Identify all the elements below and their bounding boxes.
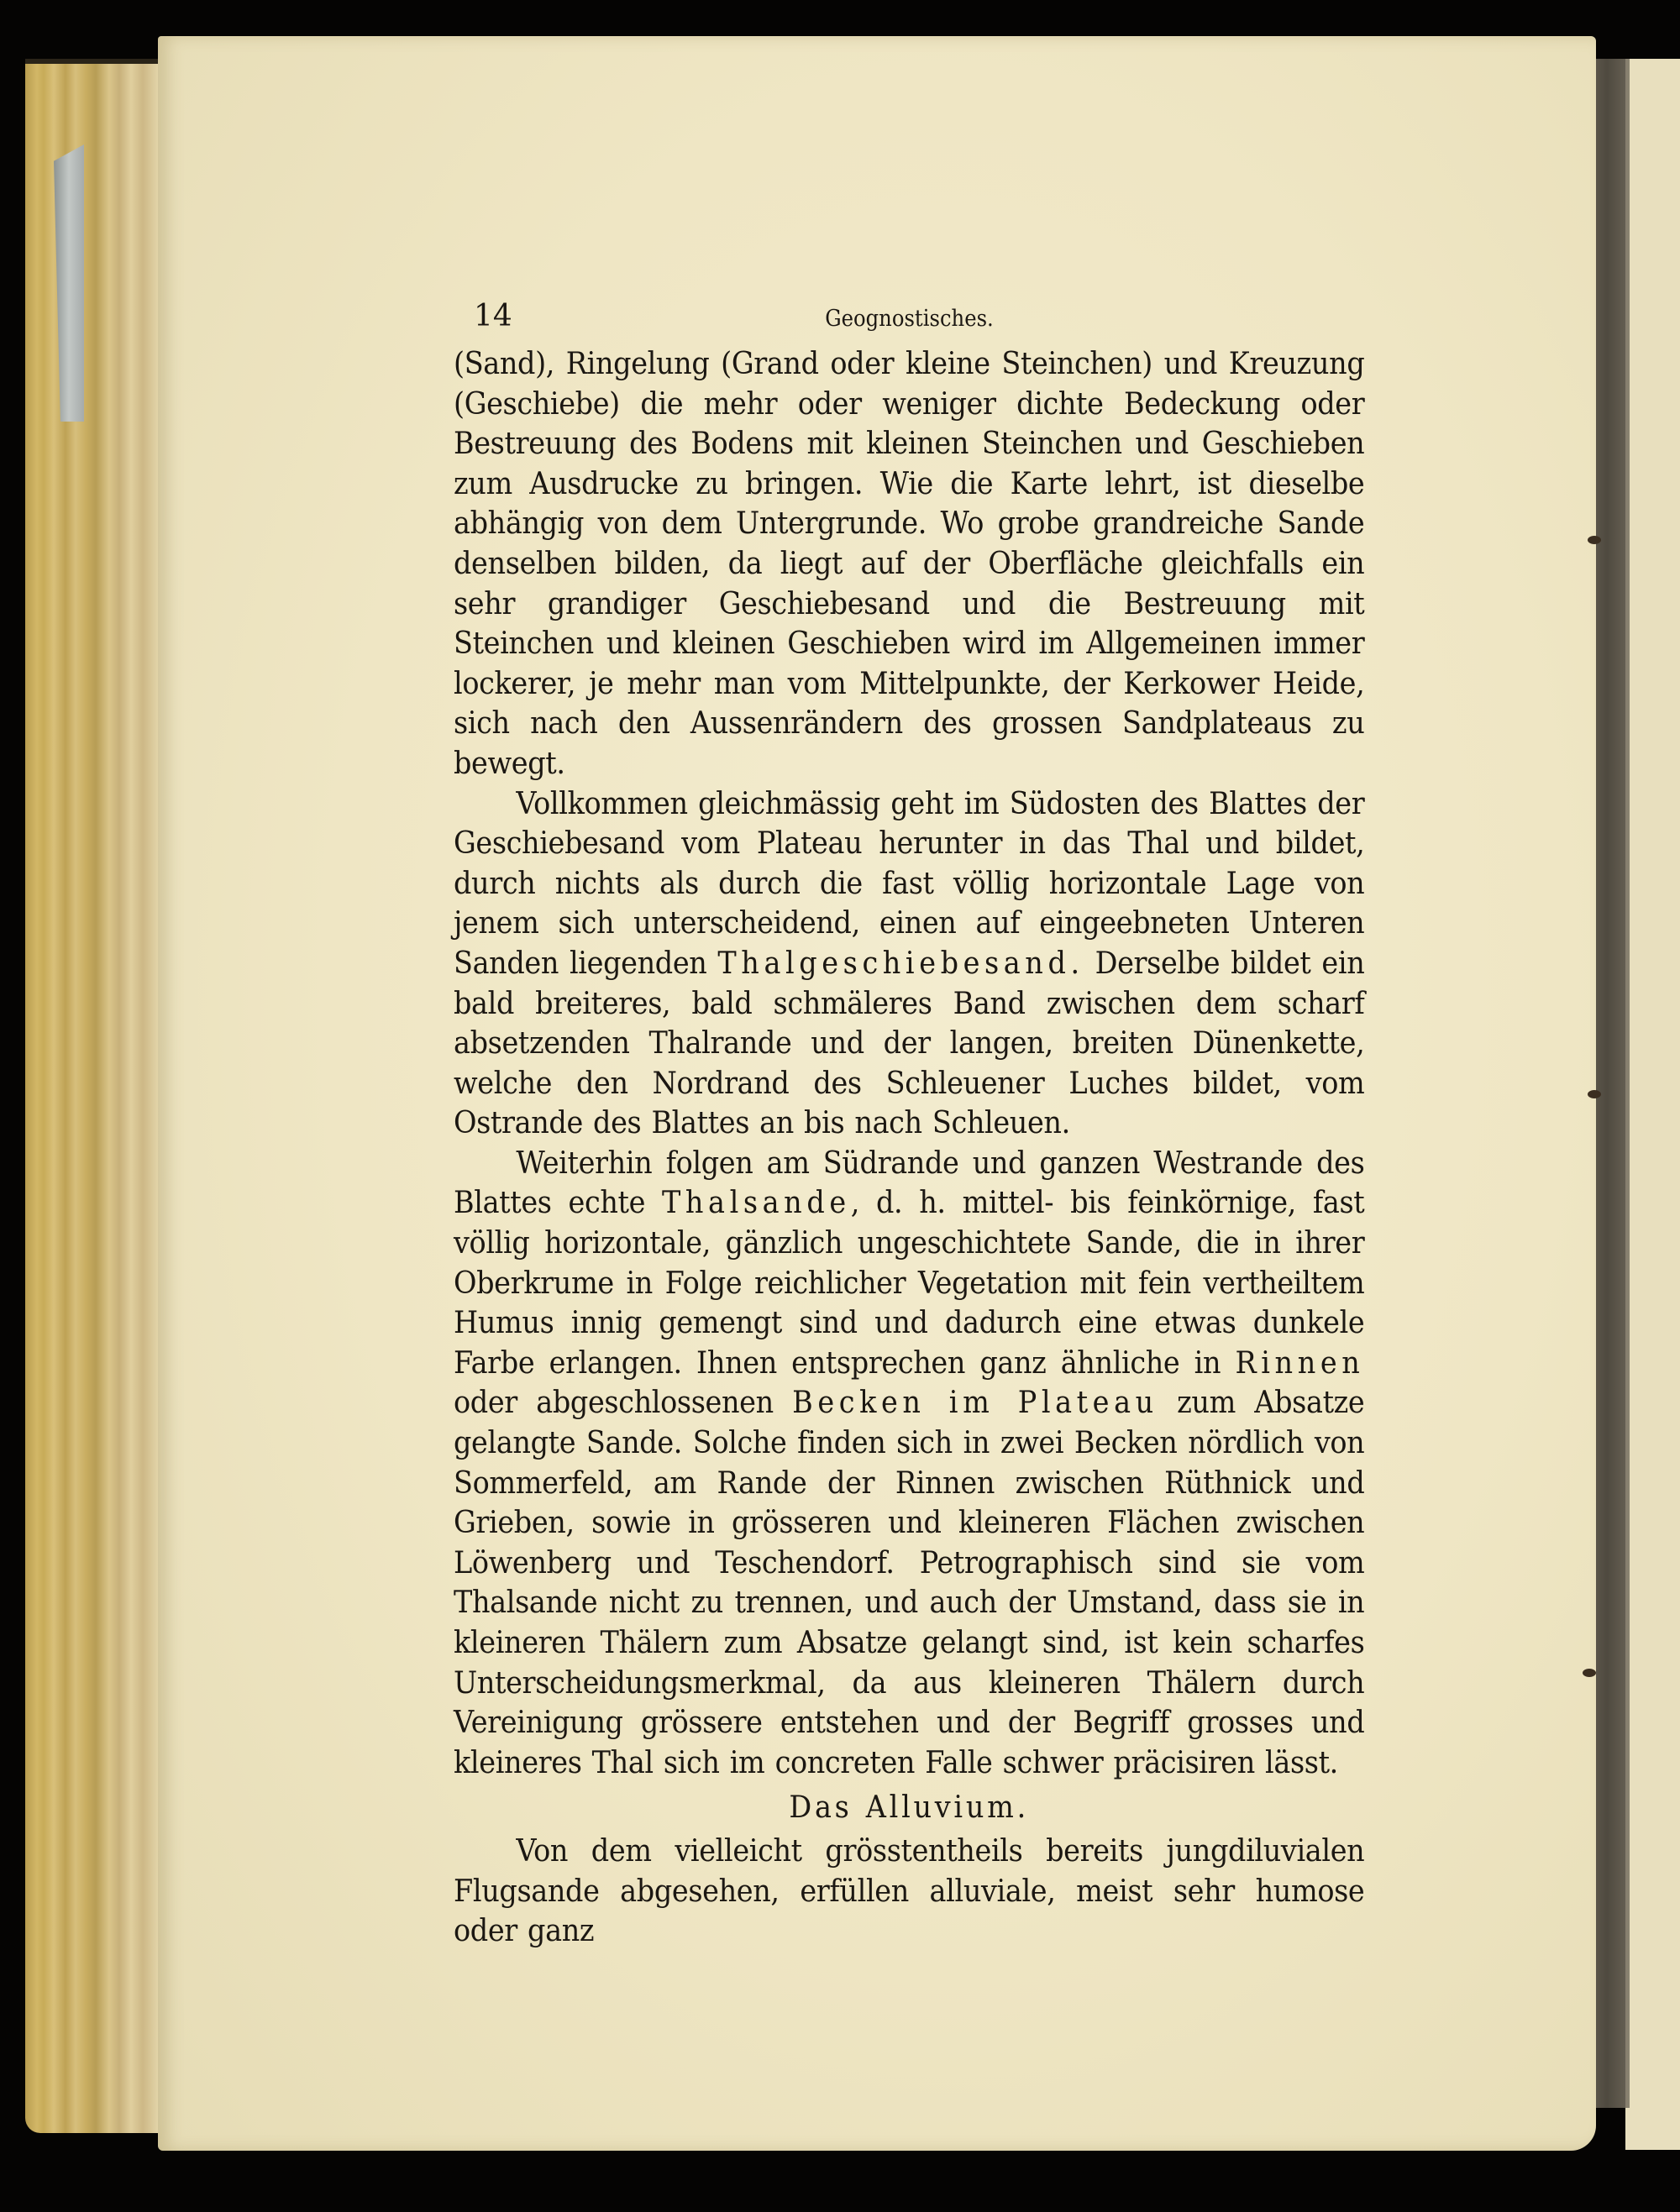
section-heading: Das Alluvium. [454, 1788, 1364, 1828]
emphasized-term: Thalgeschiebesand. [717, 946, 1084, 981]
paragraph-text: (Sand), Ringelung (Grand oder kleine Ste… [454, 347, 1364, 781]
paragraph-4: Von dem vielleicht grösstentheils bereit… [454, 1832, 1364, 1952]
book-page-edges [25, 59, 168, 2133]
text-block: 14 Geognostisches. (Sand), Ringelung (Gr… [454, 294, 1365, 1952]
emphasized-term: Thalsande [662, 1186, 851, 1220]
paragraph-3: Weiterhin folgen am Südrande und ganzen … [454, 1144, 1364, 1784]
paragraph-2: Vollkommen gleichmässig geht im Südosten… [454, 784, 1364, 1144]
running-head: 14 Geognostisches. [454, 294, 1365, 344]
emphasized-term: Rinnen [1235, 1346, 1364, 1381]
page-notch [1583, 1669, 1596, 1677]
facing-page-edge [1625, 59, 1680, 2150]
paragraph-text: Von dem vielleicht grösstentheils bereit… [454, 1834, 1364, 1948]
paragraph-text: zum Absatze gelangte Sande. Solche finde… [454, 1386, 1364, 1780]
running-title: Geognostisches. [499, 306, 1320, 332]
emphasized-term: Becken im Plateau [792, 1386, 1158, 1420]
body-text: (Sand), Ringelung (Grand oder kleine Ste… [454, 344, 1364, 1952]
paragraph-text: oder abgeschlossenen [454, 1386, 792, 1420]
paragraph-1: (Sand), Ringelung (Grand oder kleine Ste… [454, 344, 1364, 784]
page-notch [1588, 1090, 1601, 1098]
page-notch [1588, 536, 1601, 544]
page-gutter-shadow [1592, 59, 1630, 2108]
